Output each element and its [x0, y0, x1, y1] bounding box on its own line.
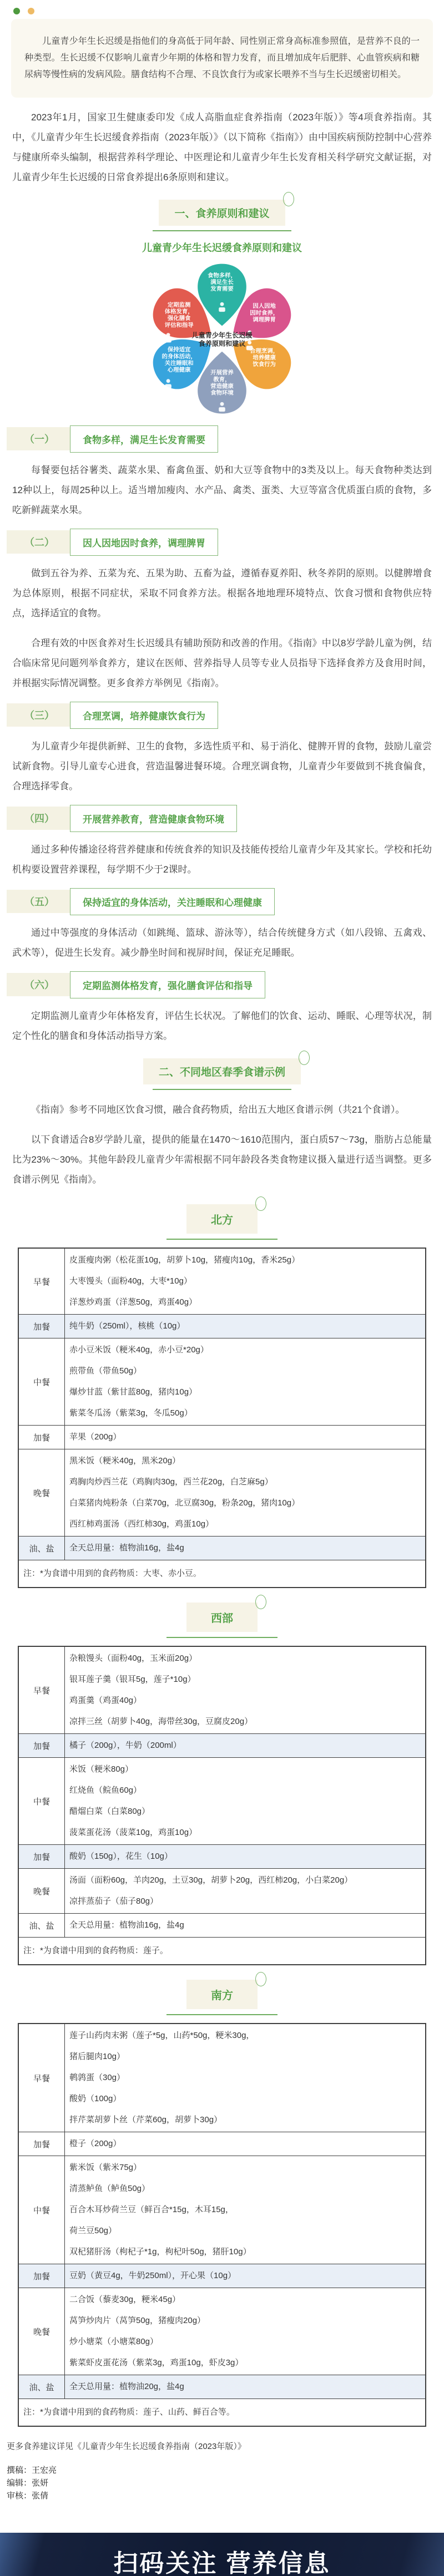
principle-header-6: （六）定期监测体格发育，强化膳食评估和指导 [7, 973, 265, 996]
meal-items: 二合饭（藜麦30g，粳米45g）莴笋炒肉片（莴笋50g，猪瘦肉20g）炒小塘菜（… [65, 2288, 426, 2375]
note-row: 注：*为食谱中用到的食药物质：莲子、山药、鲜百合等。 [18, 2399, 426, 2427]
dish-item: 苹果（200g） [69, 1427, 425, 1448]
principle-paragraph: 定期监测儿童青少年体格发育，评估生长状况。了解他们的饮食、运动、睡眠、心理等状况… [12, 1006, 432, 1046]
meal-label: 晚餐 [18, 1449, 65, 1537]
meal-items: 紫米饭（紫米75g）清蒸鲈鱼（鲈鱼50g）百合木耳炒荷兰豆（鲜百合*15g，木耳… [65, 2156, 426, 2264]
principle-number: （四） [7, 811, 70, 825]
menu-row: 早餐皮蛋瘦肉粥（松花蛋10g，胡萝卜10g，猪瘦肉10g，香米25g）大枣馒头（… [18, 1248, 426, 1315]
menu-row: 加餐酸奶（150g），花生（10g） [18, 1845, 426, 1869]
meal-items: 苹果（200g） [65, 1426, 426, 1449]
meal-items: 橘子（200g），牛奶（200ml） [65, 1734, 426, 1758]
dish-item: 橙子（200g） [69, 2133, 425, 2154]
region-title: 北方 [186, 1204, 258, 1234]
dish-item: 煎带鱼（带鱼50g） [69, 1361, 425, 1382]
meal-items: 汤面（面粉60g，羊肉20g，土豆30g，胡萝卜20g，西红柿20g，小白菜20… [65, 1869, 426, 1914]
principle-number: （二） [7, 535, 70, 549]
meal-label: 早餐 [18, 1646, 65, 1734]
dish-item: 大枣馒头（面粉40g，大枣*10g） [69, 1271, 425, 1292]
principle-title: 因人因地因时食养，调理脾胃 [70, 529, 218, 556]
more-advice-note: 更多食养建议详见《儿童青少年生长迟缓食养指南（2023年版）》 [7, 2440, 437, 2452]
principle-header-2: （二）因人因地因时食养，调理脾胃 [7, 530, 218, 554]
meal-label: 早餐 [18, 2024, 65, 2132]
meal-items: 皮蛋瘦肉粥（松花蛋10g，胡萝卜10g，猪瘦肉10g，香米25g）大枣馒头（面粉… [65, 1248, 426, 1315]
table-note: 注：*为食谱中用到的食药物质：莲子。 [18, 1938, 426, 1965]
principles-list: （一）食物多样，满足生长发育需要每餐要包括谷薯类、蔬菜水果、畜禽鱼蛋、奶和大豆等… [0, 417, 444, 1046]
principle-paragraph: 为儿童青少年提供新鲜、卫生的食物，多选性质平和、易于消化、健脾开胃的食物，鼓励儿… [12, 737, 432, 797]
principle-number: （五） [7, 894, 70, 909]
paragraph-guideline-issue: 2023年1月，国家卫生健康委印发《成人高脂血症食养指南（2023年版）》等4项… [12, 108, 432, 187]
dish-item: 西红柿鸡蛋汤（西红柿30g，鸡蛋10g） [69, 1514, 425, 1535]
dish-item: 酸奶（150g），花生（10g） [69, 1846, 425, 1867]
dish-item: 全天总用量：植物油20g，盐4g [69, 2376, 425, 2397]
meal-label: 油、盐 [18, 1537, 65, 1560]
dish-item: 米饭（粳米80g） [69, 1759, 425, 1780]
dish-item: 黑米饭（粳米40g，黑米20g） [69, 1451, 425, 1472]
dish-item: 清蒸鲈鱼（鲈鱼50g） [69, 2178, 425, 2199]
dish-item: 橘子（200g），牛奶（200ml） [69, 1735, 425, 1756]
dish-item: 白菜猪肉炖粉条（白菜70g，北豆腐30g，粉条20g，猪肉10g） [69, 1493, 425, 1514]
dish-item: 醋熘白菜（白菜80g） [69, 1801, 425, 1822]
section1-header: 一、食养原则和建议 [0, 200, 444, 231]
meal-items: 酸奶（150g），花生（10g） [65, 1845, 426, 1869]
region-underline [167, 1637, 277, 1638]
menu-row: 中餐米饭（粳米80g）红烧鱼（鲩鱼60g）醋熘白菜（白菜80g）菠菜蛋花汤（菠菜… [18, 1758, 426, 1845]
dish-item: 赤小豆米饭（粳米40g，赤小豆*20g） [69, 1340, 425, 1361]
meal-label: 油、盐 [18, 2375, 65, 2399]
menu-row: 中餐紫米饭（紫米75g）清蒸鲈鱼（鲈鱼50g）百合木耳炒荷兰豆（鲜百合*15g，… [18, 2156, 426, 2264]
meal-items: 橙子（200g） [65, 2132, 426, 2156]
principle-title: 开展营养教育，营造健康食物环境 [70, 805, 237, 832]
menu-row: 早餐莲子山药肉末粥（莲子*5g，山药*50g，粳米30g，猪后腿肉10g）鹌鹑蛋… [18, 2024, 426, 2132]
region-underline [167, 1239, 277, 1240]
circle-decoration-icon [299, 1051, 310, 1065]
principle-title: 定期监测体格发育，强化膳食评估和指导 [70, 971, 265, 998]
menu-row: 油、盐全天总用量：植物油20g，盐4g [18, 2375, 426, 2399]
principles-flower-diagram: 食物多样，满足生长发育需要因人因地因时食养，调理脾胃合理烹调，培养健康饮食行为开… [139, 258, 305, 417]
meal-items: 豆奶（黄豆4g，牛奶250ml），开心果（10g） [65, 2264, 426, 2288]
menu-row: 油、盐全天总用量：植物油16g，盐4g [18, 1537, 426, 1560]
dish-item: 洋葱炒鸡蛋（洋葱50g，鸡蛋40g） [69, 1292, 425, 1313]
qr-follow-banner[interactable]: 扫码关注 营养信息 [0, 2533, 444, 2576]
food-variety-label: 食物多样，满足生长发育需要 [208, 272, 236, 292]
flower-center-label: 儿童青少年生长迟缓食养原则和建议 [192, 331, 253, 347]
intro-card: 儿童青少年生长迟缓是指他们的身高低于同年龄、同性别正常身高标准参照值，是营养不良… [11, 19, 433, 98]
green-dot-icon [13, 8, 20, 14]
meal-items: 赤小豆米饭（粳米40g，赤小豆*20g）煎带鱼（带鱼50g）爆炒甘蓝（紫甘蓝80… [65, 1338, 426, 1426]
dish-item: 紫米饭（紫米75g） [69, 2157, 425, 2178]
meal-items: 杂粮馒头（面粉40g，玉米面20g）银耳莲子羹（银耳5g，莲子*10g）鸡蛋羹（… [65, 1646, 426, 1734]
dish-item: 全天总用量：植物油16g，盐4g [69, 1538, 425, 1559]
principle-title: 食物多样，满足生长发育需要 [70, 425, 218, 453]
meal-items: 米饭（粳米80g）红烧鱼（鲩鱼60g）醋熘白菜（白菜80g）菠菜蛋花汤（菠菜10… [65, 1758, 426, 1845]
meal-label: 加餐 [18, 2264, 65, 2288]
region-title: 西部 [186, 1603, 258, 1632]
meal-label: 早餐 [18, 1248, 65, 1315]
principle-number: （三） [7, 708, 70, 722]
meal-label: 晚餐 [18, 2288, 65, 2375]
region-menu-examples: 北方早餐皮蛋瘦肉粥（松花蛋10g，胡萝卜10g，猪瘦肉10g，香米25g）大枣馒… [0, 1190, 444, 2427]
circle-decoration-icon [255, 1196, 266, 1211]
meal-items: 全天总用量：植物油16g，盐4g [65, 1914, 426, 1938]
dish-item: 二合饭（藜麦30g，粳米45g） [69, 2289, 425, 2310]
meal-label: 加餐 [18, 2132, 65, 2156]
dish-item: 鸡胸肉炒西兰花（鸡胸肉30g，西兰花20g，白芝麻5g） [69, 1472, 425, 1493]
dish-item: 菠菜蛋花汤（菠菜10g，鸡蛋10g） [69, 1822, 425, 1843]
diagram-title: 儿童青少年生长迟缓食养原则和建议 [0, 240, 444, 255]
meal-label: 中餐 [18, 1338, 65, 1426]
top-dots [13, 8, 444, 14]
section1-underline [153, 230, 291, 231]
table-note: 注：*为食谱中用到的食药物质：大枣、赤小豆。 [18, 1560, 426, 1588]
dish-item: 全天总用量：植物油16g，盐4g [69, 1915, 425, 1936]
note-row: 注：*为食谱中用到的食药物质：大枣、赤小豆。 [18, 1560, 426, 1588]
dish-item: 凉拌蒸茄子（茄子80g） [69, 1891, 425, 1912]
dish-item: 鹌鹑蛋（30g） [69, 2067, 425, 2088]
region-title: 南方 [186, 1980, 258, 2009]
principle-paragraph: 做到五谷为养、五菜为充、五果为助、五畜为益，遵循春夏养阳、秋冬养阴的原则。以健脾… [12, 564, 432, 623]
section2-paragraphs: 《指南》参考不同地区饮食习惯，融合食药物质，给出五大地区食谱示例（共21个食谱）… [0, 1090, 444, 1190]
dish-item: 凉拌三丝（胡萝卜40g，海带丝30g，豆腐皮20g） [69, 1711, 425, 1732]
dish-item: 银耳莲子羹（银耳5g，莲子*10g） [69, 1669, 425, 1690]
principle-paragraph: 合理有效的中医食养对生长迟缓具有辅助预防和改善的作用。《指南》中以8岁学龄儿童为… [12, 633, 432, 693]
menu-row: 加餐苹果（200g） [18, 1426, 426, 1449]
circle-decoration-icon [255, 1972, 266, 1986]
region-menu-table: 早餐杂粮馒头（面粉40g，玉米面20g）银耳莲子羹（银耳5g，莲子*10g）鸡蛋… [18, 1646, 426, 1965]
dish-item: 莲子山药肉末粥（莲子*5g，山药*50g，粳米30g， [69, 2025, 425, 2046]
menu-row: 早餐杂粮馒头（面粉40g，玉米面20g）银耳莲子羹（银耳5g，莲子*10g）鸡蛋… [18, 1646, 426, 1734]
principle-paragraph: 通过中等强度的身体活动（如跳绳、篮球、游泳等），结合传统健身方式（如八段锦、五禽… [12, 923, 432, 963]
meal-label: 中餐 [18, 2156, 65, 2264]
meal-items: 纯牛奶（250ml），核桃（10g） [65, 1315, 426, 1338]
menu-row: 晚餐汤面（面粉60g，羊肉20g，土豆30g，胡萝卜20g，西红柿20g，小白菜… [18, 1869, 426, 1914]
dish-item: 双杞猪肝汤（枸杞子*1g，枸杞叶50g，猪肝10g） [69, 2242, 425, 2263]
dish-item: 拌芹菜胡萝卜丝（芹菜60g，胡萝卜30g） [69, 2110, 425, 2131]
credit-line: 审核：张倩 [7, 2489, 437, 2502]
section1-title: 一、食养原则和建议 [159, 200, 285, 226]
banner-text: 扫码关注 营养信息 [0, 2548, 444, 2576]
menu-row: 中餐赤小豆米饭（粳米40g，赤小豆*20g）煎带鱼（带鱼50g）爆炒甘蓝（紫甘蓝… [18, 1338, 426, 1426]
meal-items: 全天总用量：植物油16g，盐4g [65, 1537, 426, 1560]
dish-item: 紫菜冬瓜汤（紫菜3g，冬瓜50g） [69, 1403, 425, 1424]
note-row: 注：*为食谱中用到的食药物质：莲子。 [18, 1938, 426, 1965]
principle-header-1: （一）食物多样，满足生长发育需要 [7, 427, 218, 450]
meal-label: 油、盐 [18, 1914, 65, 1938]
principle-title: 保持适宜的身体活动，关注睡眠和心理健康 [70, 888, 275, 915]
menu-row: 油、盐全天总用量：植物油16g，盐4g [18, 1914, 426, 1938]
meal-label: 加餐 [18, 1845, 65, 1869]
section2-paragraph: 以下食谱适合8岁学龄儿童，提供的能量在1470～1610范围内，蛋白质57～73… [12, 1130, 432, 1190]
menu-row: 晚餐黑米饭（粳米40g，黑米20g）鸡胸肉炒西兰花（鸡胸肉30g，西兰花20g，… [18, 1449, 426, 1537]
dish-item: 杂粮馒头（面粉40g，玉米面20g） [69, 1648, 425, 1669]
growth-monitoring-label: 定期监测体格发育，强化膳食评估和指导 [165, 301, 194, 328]
dish-item: 炒小塘菜（小塘菜80g） [69, 2331, 425, 2352]
dish-item: 百合木耳炒荷兰豆（鲜百合*15g，木耳15g， [69, 2199, 425, 2220]
dish-item: 猪后腿肉10g） [69, 2046, 425, 2067]
section2-header: 二、不同地区春季食谱示例 [0, 1058, 444, 1090]
dish-item: 鸡蛋羹（鸡蛋40g） [69, 1690, 425, 1711]
principle-header-3: （三）合理烹调，培养健康饮食行为 [7, 703, 218, 727]
meal-label: 加餐 [18, 1426, 65, 1449]
principle-number: （六） [7, 977, 70, 992]
region-header: 南方 [0, 1980, 444, 2015]
region-header: 北方 [0, 1204, 444, 1240]
dish-item: 纯牛奶（250ml），核桃（10g） [69, 1316, 425, 1337]
dish-item: 皮蛋瘦肉粥（松花蛋10g，胡萝卜10g，猪瘦肉10g，香米25g） [69, 1250, 425, 1271]
menu-row: 加餐纯牛奶（250ml），核桃（10g） [18, 1315, 426, 1338]
menu-row: 加餐橙子（200g） [18, 2132, 426, 2156]
dish-item: 爆炒甘蓝（紫甘蓝80g，猪肉10g） [69, 1382, 425, 1403]
dish-item: 酸奶（100g） [69, 2088, 425, 2110]
principle-paragraph: 通过多种传播途径将营养健康和传统食养的知识及技能传授给儿童青少年及其家长。学校和… [12, 840, 432, 880]
region-underline [167, 2014, 277, 2015]
credit-line: 编辑：张妍 [7, 2477, 437, 2489]
credit-line: 撰稿：王宏亮 [7, 2464, 437, 2477]
menu-row: 加餐豆奶（黄豆4g，牛奶250ml），开心果（10g） [18, 2264, 426, 2288]
credits-block: 撰稿：王宏亮编辑：张妍审核：张倩 [7, 2464, 437, 2502]
meal-items: 全天总用量：植物油20g，盐4g [65, 2375, 426, 2399]
principle-header-5: （五）保持适宜的身体活动，关注睡眠和心理健康 [7, 890, 275, 913]
section2-title: 二、不同地区春季食谱示例 [143, 1058, 301, 1084]
nutrition-education-label: 开展营养教育，营造健康食物环境 [210, 369, 234, 396]
flower-diagram-svg: 食物多样，满足生长发育需要因人因地因时食养，调理脾胃合理烹调，培养健康饮食行为开… [139, 258, 305, 414]
individualized-shiyang-label: 因人因地因时食养，调理脾胃 [250, 302, 279, 323]
principle-title: 合理烹调，培养健康饮食行为 [70, 702, 218, 729]
healthy-cooking-label: 合理烹调，培养健康饮食行为 [250, 347, 279, 368]
dish-item: 汤面（面粉60g，羊肉20g，土豆30g，胡萝卜20g，西红柿20g，小白菜20… [69, 1870, 425, 1891]
meal-label: 加餐 [18, 1315, 65, 1338]
section2-paragraph: 《指南》参考不同地区饮食习惯，融合食药物质，给出五大地区食谱示例（共21个食谱）… [12, 1100, 432, 1120]
principle-header-4: （四）开展营养教育，营造健康食物环境 [7, 807, 237, 830]
region-header: 西部 [0, 1603, 444, 1638]
meal-label: 加餐 [18, 1734, 65, 1758]
principle-paragraph: 每餐要包括谷薯类、蔬菜水果、畜禽鱼蛋、奶和大豆等食物中的3类及以上。每天食物种类… [12, 460, 432, 520]
meal-items: 莲子山药肉末粥（莲子*5g，山药*50g，粳米30g，猪后腿肉10g）鹌鹑蛋（3… [65, 2024, 426, 2132]
dish-item: 红烧鱼（鲩鱼60g） [69, 1780, 425, 1801]
orange-dot-icon [28, 8, 34, 14]
dish-item: 豆奶（黄豆4g，牛奶250ml），开心果（10g） [69, 2265, 425, 2286]
meal-items: 黑米饭（粳米40g，黑米20g）鸡胸肉炒西兰花（鸡胸肉30g，西兰花20g，白芝… [65, 1449, 426, 1537]
principle-number: （一） [7, 432, 70, 446]
dish-item: 紫菜虾皮蛋花汤（紫菜3g，鸡蛋10g，虾皮3g） [69, 2352, 425, 2374]
circle-decoration-icon [283, 192, 294, 206]
region-menu-table: 早餐皮蛋瘦肉粥（松花蛋10g，胡萝卜10g，猪瘦肉10g，香米25g）大枣馒头（… [18, 1248, 426, 1588]
table-note: 注：*为食谱中用到的食药物质：莲子、山药、鲜百合等。 [18, 2399, 426, 2427]
dish-item: 莴笋炒肉片（莴笋50g，猪瘦肉20g） [69, 2310, 425, 2331]
region-menu-table: 早餐莲子山药肉末粥（莲子*5g，山药*50g，粳米30g，猪后腿肉10g）鹌鹑蛋… [18, 2023, 426, 2427]
menu-row: 加餐橘子（200g），牛奶（200ml） [18, 1734, 426, 1758]
menu-row: 晚餐二合饭（藜麦30g，粳米45g）莴笋炒肉片（莴笋50g，猪瘦肉20g）炒小塘… [18, 2288, 426, 2375]
meal-label: 中餐 [18, 1758, 65, 1845]
meal-label: 晚餐 [18, 1869, 65, 1914]
dish-item: 荷兰豆50g） [69, 2220, 425, 2242]
circle-decoration-icon [255, 1595, 266, 1609]
